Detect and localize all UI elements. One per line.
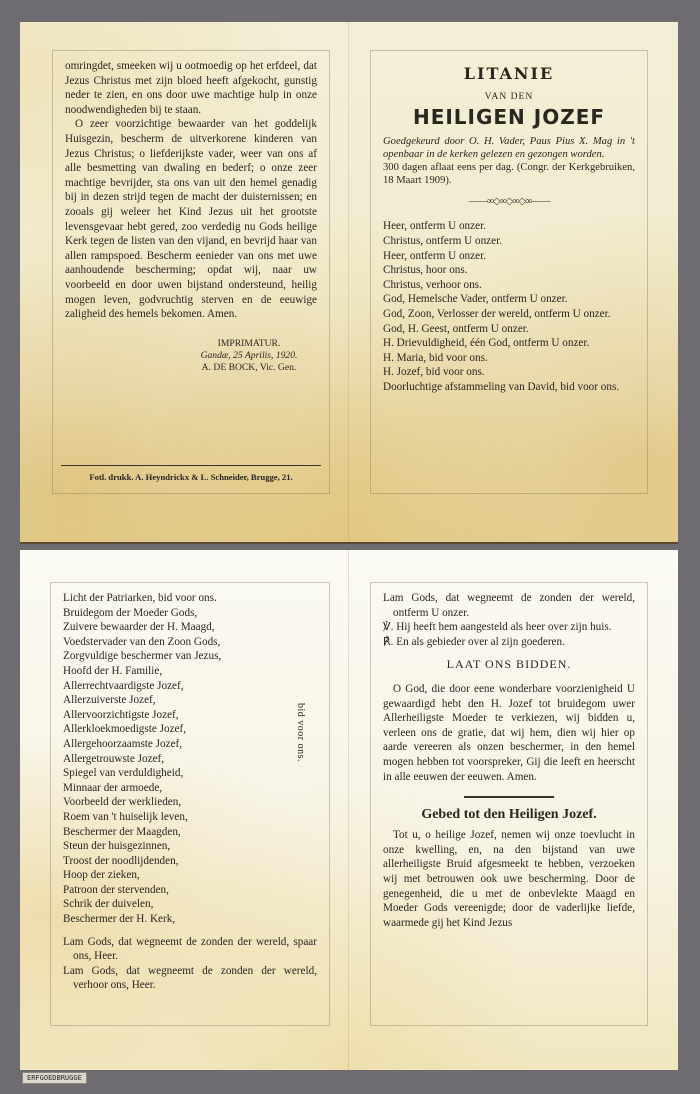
bottom-sheet: Licht der Patriarken, bid voor ons.Bruid… [20, 550, 678, 1070]
imprimatur-place-date: Gandæ, 25 Aprilis, 1920. [189, 350, 309, 362]
prayer-paragraph: omringdet, smeeken wij u ootmoedig op he… [65, 59, 317, 117]
invocation-line: Spiegel van verduldigheid, [63, 766, 317, 781]
invocation-line: Bruidegom der Moeder Gods, [63, 606, 317, 621]
vertical-response: bid voor ons. [292, 703, 307, 762]
oremus-text: O God, die door eene wonderbare voorzien… [383, 682, 635, 784]
agnus-dei-final: Lam Gods, dat wegneemt de zonden der wer… [383, 591, 635, 620]
litany-line: Christus, ontferm U onzer. [383, 234, 635, 249]
litany-line: H. Drievuldigheid, één God, ontferm U on… [383, 336, 635, 351]
litany-line: Heer, ontferm U onzer. [383, 249, 635, 264]
invocation-line: Allergetrouwste Jozef, [63, 752, 317, 767]
invocation-line: Allerkloekmoedigste Jozef, [63, 722, 317, 737]
fold-line [348, 22, 349, 542]
top-sheet: omringdet, smeeken wij u ootmoedig op he… [20, 22, 678, 542]
agnus-dei-line: Lam Gods, dat wegneemt de zonden der wer… [63, 935, 317, 964]
printer-line: Fotl. drukk. A. Heyndrickx & L. Schneide… [61, 465, 321, 485]
indulgence-text: 300 dagen aflaat eens per dag. (Congr. d… [383, 161, 635, 187]
litany-line: God, H. Geest, ontferm U onzer. [383, 322, 635, 337]
invocations-panel: Licht der Patriarken, bid voor ons.Bruid… [50, 582, 330, 1026]
invocation-line: Patroon der stervenden, [63, 883, 317, 898]
divider [464, 796, 554, 798]
invocation-line: Schrik der duivelen, [63, 897, 317, 912]
imprimatur-signatory: A. DE BOCK, Vic. Gen. [189, 362, 309, 374]
litany-line: H. Maria, bid voor ons. [383, 351, 635, 366]
fold-line [348, 550, 349, 1070]
invocation-line: Allerrechtvaardigste Jozef, [63, 679, 317, 694]
invocation-line: Minnaar der armoede, [63, 781, 317, 796]
invocation-line: Beschermer der Maagden, [63, 825, 317, 840]
invocation-line: Beschermer der H. Kerk, [63, 912, 317, 927]
litany-list: Heer, ontferm U onzer.Christus, ontferm … [383, 219, 635, 394]
prayer-text: Tot u, o heilige Jozef, nemen wij onze t… [383, 828, 635, 930]
invocation-line: Hoofd der H. Familie, [63, 664, 317, 679]
litany-line: Christus, verhoor ons. [383, 278, 635, 293]
versicle: ℣. Hij heeft hem aangesteld als heer ove… [383, 620, 635, 635]
oremus-heading: LAAT ONS BIDDEN. [383, 657, 635, 672]
imprimatur-label: IMPRIMATUR. [189, 338, 309, 350]
prayer-paragraph: O zeer voorzichtige bewaarder van het go… [65, 117, 317, 321]
invocation-list: Licht der Patriarken, bid voor ons.Bruid… [63, 591, 317, 927]
invocation-line: Roem van 't huiselijk leven, [63, 810, 317, 825]
title-panel: LITANIE VAN DEN HEILIGEN JOZEF Goedgekeu… [370, 50, 648, 494]
title-litanie: LITANIE [383, 67, 635, 82]
invocation-line: Zuivere bewaarder der H. Maagd, [63, 620, 317, 635]
imprimatur-block: IMPRIMATUR. Gandæ, 25 Aprilis, 1920. A. … [65, 338, 317, 374]
watermark-badge: ERFGOEDBRUGGE [22, 1072, 87, 1084]
litany-line: God, Zoon, Verlosser der wereld, ontferm… [383, 307, 635, 322]
prayer-heading: Gebed tot den Heiligen Jozef. [383, 808, 635, 823]
litany-line: God, Hemelsche Vader, ontferm U onzer. [383, 292, 635, 307]
invocation-line: Hoop der zieken, [63, 868, 317, 883]
invocation-line: Licht der Patriarken, bid voor ons. [63, 591, 317, 606]
invocation-line: Zorgvuldige beschermer van Jezus, [63, 649, 317, 664]
invocation-line: Allergehoorzaamste Jozef, [63, 737, 317, 752]
title-van-den: VAN DEN [383, 90, 635, 105]
approval-text: Goedgekeurd door O. H. Vader, Paus Pius … [383, 135, 635, 161]
litany-line: H. Jozef, bid voor ons. [383, 365, 635, 380]
invocation-line: Allerzuiverste Jozef, [63, 693, 317, 708]
ornament-divider-icon: ——∞◇∞◇∞◇∞—— [383, 195, 635, 210]
invocation-line: Allervoorzichtigste Jozef, [63, 708, 317, 723]
agnus-dei-list: Lam Gods, dat wegneemt de zonden der wer… [63, 935, 317, 993]
litany-line: Doorluchtige afstammeling van David, bid… [383, 380, 635, 395]
invocation-line: Voedstervader van den Zoon Gods, [63, 635, 317, 650]
invocation-line: Steun der huisgezinnen, [63, 839, 317, 854]
invocation-line: Troost der noodlijdenden, [63, 854, 317, 869]
agnus-dei-line: Lam Gods, dat wegneemt de zonden der wer… [63, 964, 317, 993]
invocation-line: Voorbeeld der werklieden, [63, 795, 317, 810]
prayers-panel: Lam Gods, dat wegneemt de zonden der wer… [370, 582, 648, 1026]
litany-line: Heer, ontferm U onzer. [383, 219, 635, 234]
prayer-continuation-panel: omringdet, smeeken wij u ootmoedig op he… [52, 50, 330, 494]
litany-line: Christus, hoor ons. [383, 263, 635, 278]
approval-note: Goedgekeurd door O. H. Vader, Paus Pius … [383, 135, 635, 187]
response: ℟. En als gebieder over al zijn goederen… [383, 635, 635, 650]
title-heiligen-jozef: HEILIGEN JOZEF [383, 110, 635, 125]
